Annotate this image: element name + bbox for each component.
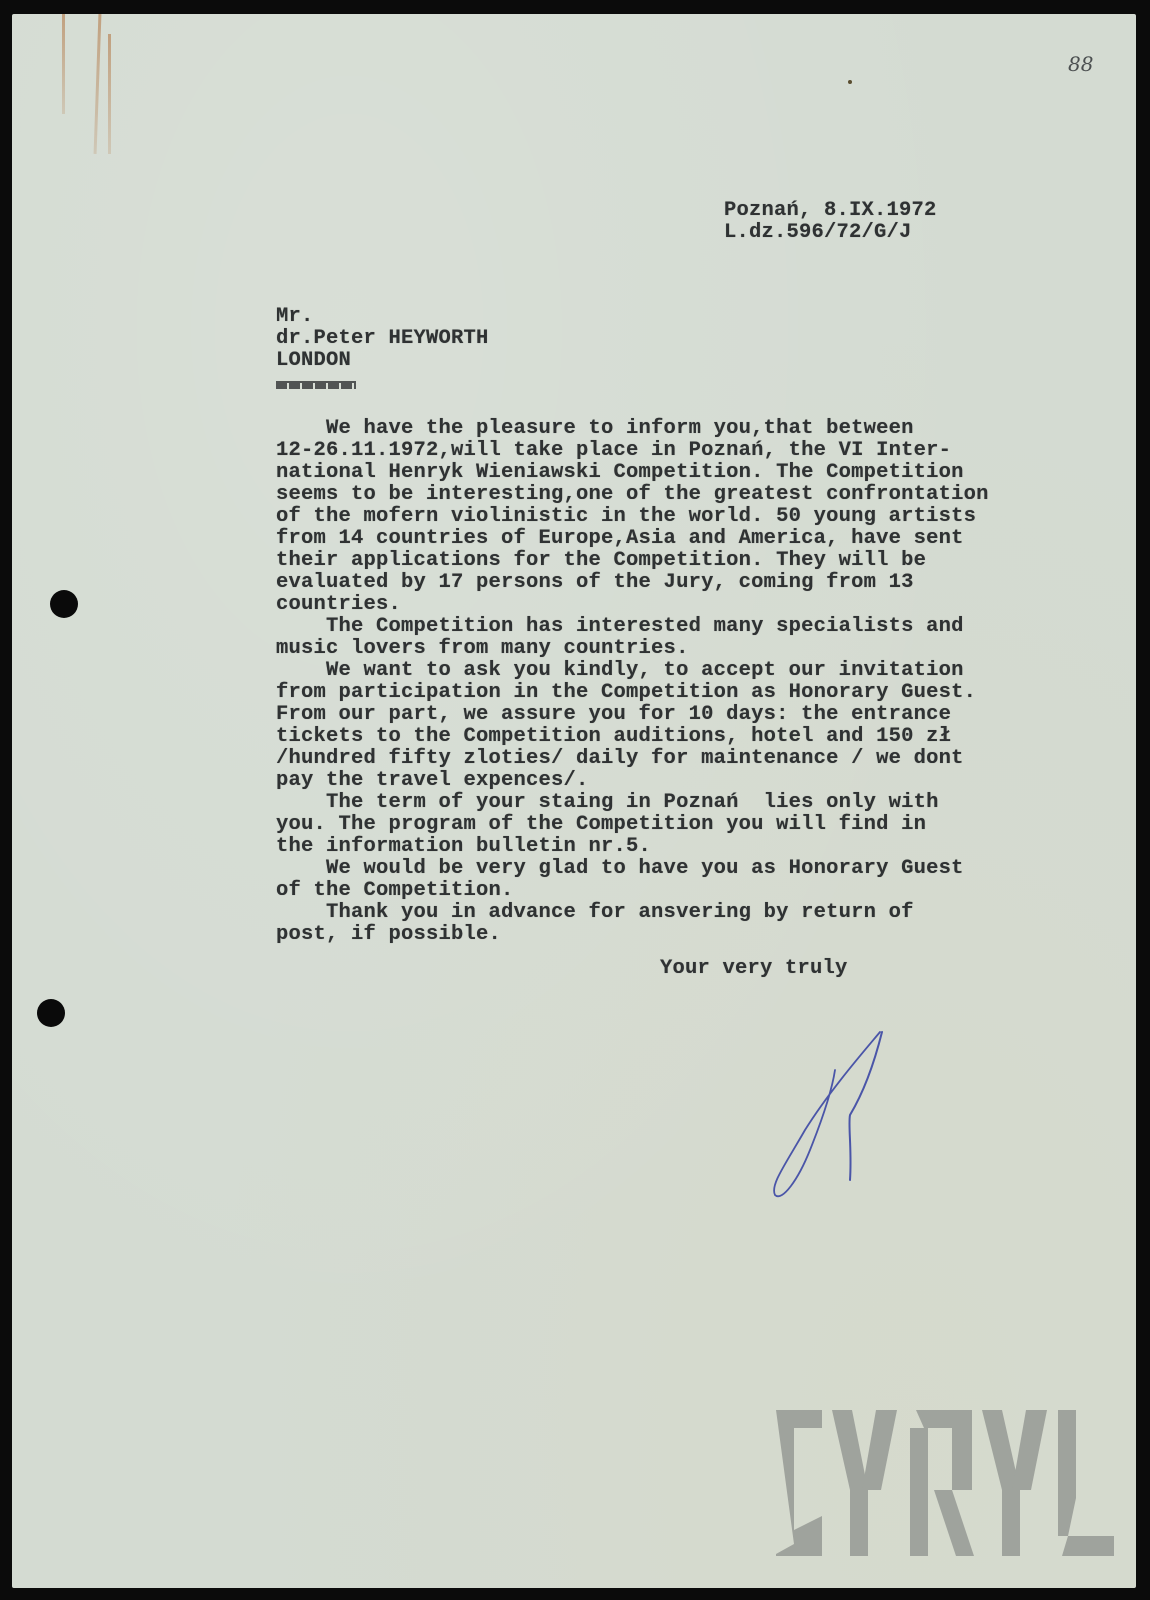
body-line: tickets to the Competition auditions, ho… xyxy=(276,726,989,748)
letter-body: We have the pleasure to inform you,that … xyxy=(276,418,989,946)
body-line: We would be very glad to have you as Hon… xyxy=(276,858,989,880)
rust-stain xyxy=(94,14,102,154)
closing-line: Your very truly xyxy=(660,958,848,980)
body-line: their applications for the Competition. … xyxy=(276,550,989,572)
rust-stain xyxy=(62,14,65,114)
rust-stain xyxy=(108,34,111,154)
body-line: The Competition has interested many spec… xyxy=(276,616,989,638)
body-line: 12-26.11.1972,will take place in Poznań,… xyxy=(276,440,989,462)
body-line: post, if possible. xyxy=(276,924,989,946)
body-line: seems to be interesting,one of the great… xyxy=(276,484,989,506)
body-line: from participation in the Competition as… xyxy=(276,682,989,704)
recipient-city: LONDON xyxy=(276,350,489,372)
body-line: from 14 countries of Europe,Asia and Ame… xyxy=(276,528,989,550)
body-line: We have the pleasure to inform you,that … xyxy=(276,418,989,440)
body-line: We want to ask you kindly, to accept our… xyxy=(276,660,989,682)
place-date: Poznań, 8.IX.1972 xyxy=(724,200,937,222)
ink-dot xyxy=(848,80,852,84)
body-line: Thank you in advance for ansvering by re… xyxy=(276,902,989,924)
body-line: /hundred fifty zloties/ daily for mainte… xyxy=(276,748,989,770)
body-line: countries. xyxy=(276,594,989,616)
body-line: evaluated by 17 persons of the Jury, com… xyxy=(276,572,989,594)
folio-number: 88 xyxy=(1068,52,1093,76)
letter-header: Poznań, 8.IX.1972L.dz.596/72/G/J xyxy=(724,200,937,244)
body-line: you. The program of the Competition you … xyxy=(276,814,989,836)
recipient-name: dr.Peter HEYWORTH xyxy=(276,328,489,350)
recipient-salutation: Mr. xyxy=(276,306,489,328)
body-line: national Henryk Wieniawski Competition. … xyxy=(276,462,989,484)
body-line: music lovers from many countries. xyxy=(276,638,989,660)
address-underline xyxy=(276,381,356,389)
cyryl-watermark-logo xyxy=(776,1410,1114,1558)
punch-hole xyxy=(50,590,78,618)
body-line: pay the travel expences/. xyxy=(276,770,989,792)
body-line: the information bulletin nr.5. xyxy=(276,836,989,858)
reference-number: L.dz.596/72/G/J xyxy=(724,222,937,244)
body-line: of the Competition. xyxy=(276,880,989,902)
punch-hole xyxy=(37,999,65,1027)
handwritten-signature xyxy=(770,1030,910,1200)
body-line: From our part, we assure you for 10 days… xyxy=(276,704,989,726)
recipient-address: Mr.dr.Peter HEYWORTHLONDON xyxy=(276,306,489,372)
body-line: The term of your staing in Poznań lies o… xyxy=(276,792,989,814)
body-line: of the mofern violinistic in the world. … xyxy=(276,506,989,528)
